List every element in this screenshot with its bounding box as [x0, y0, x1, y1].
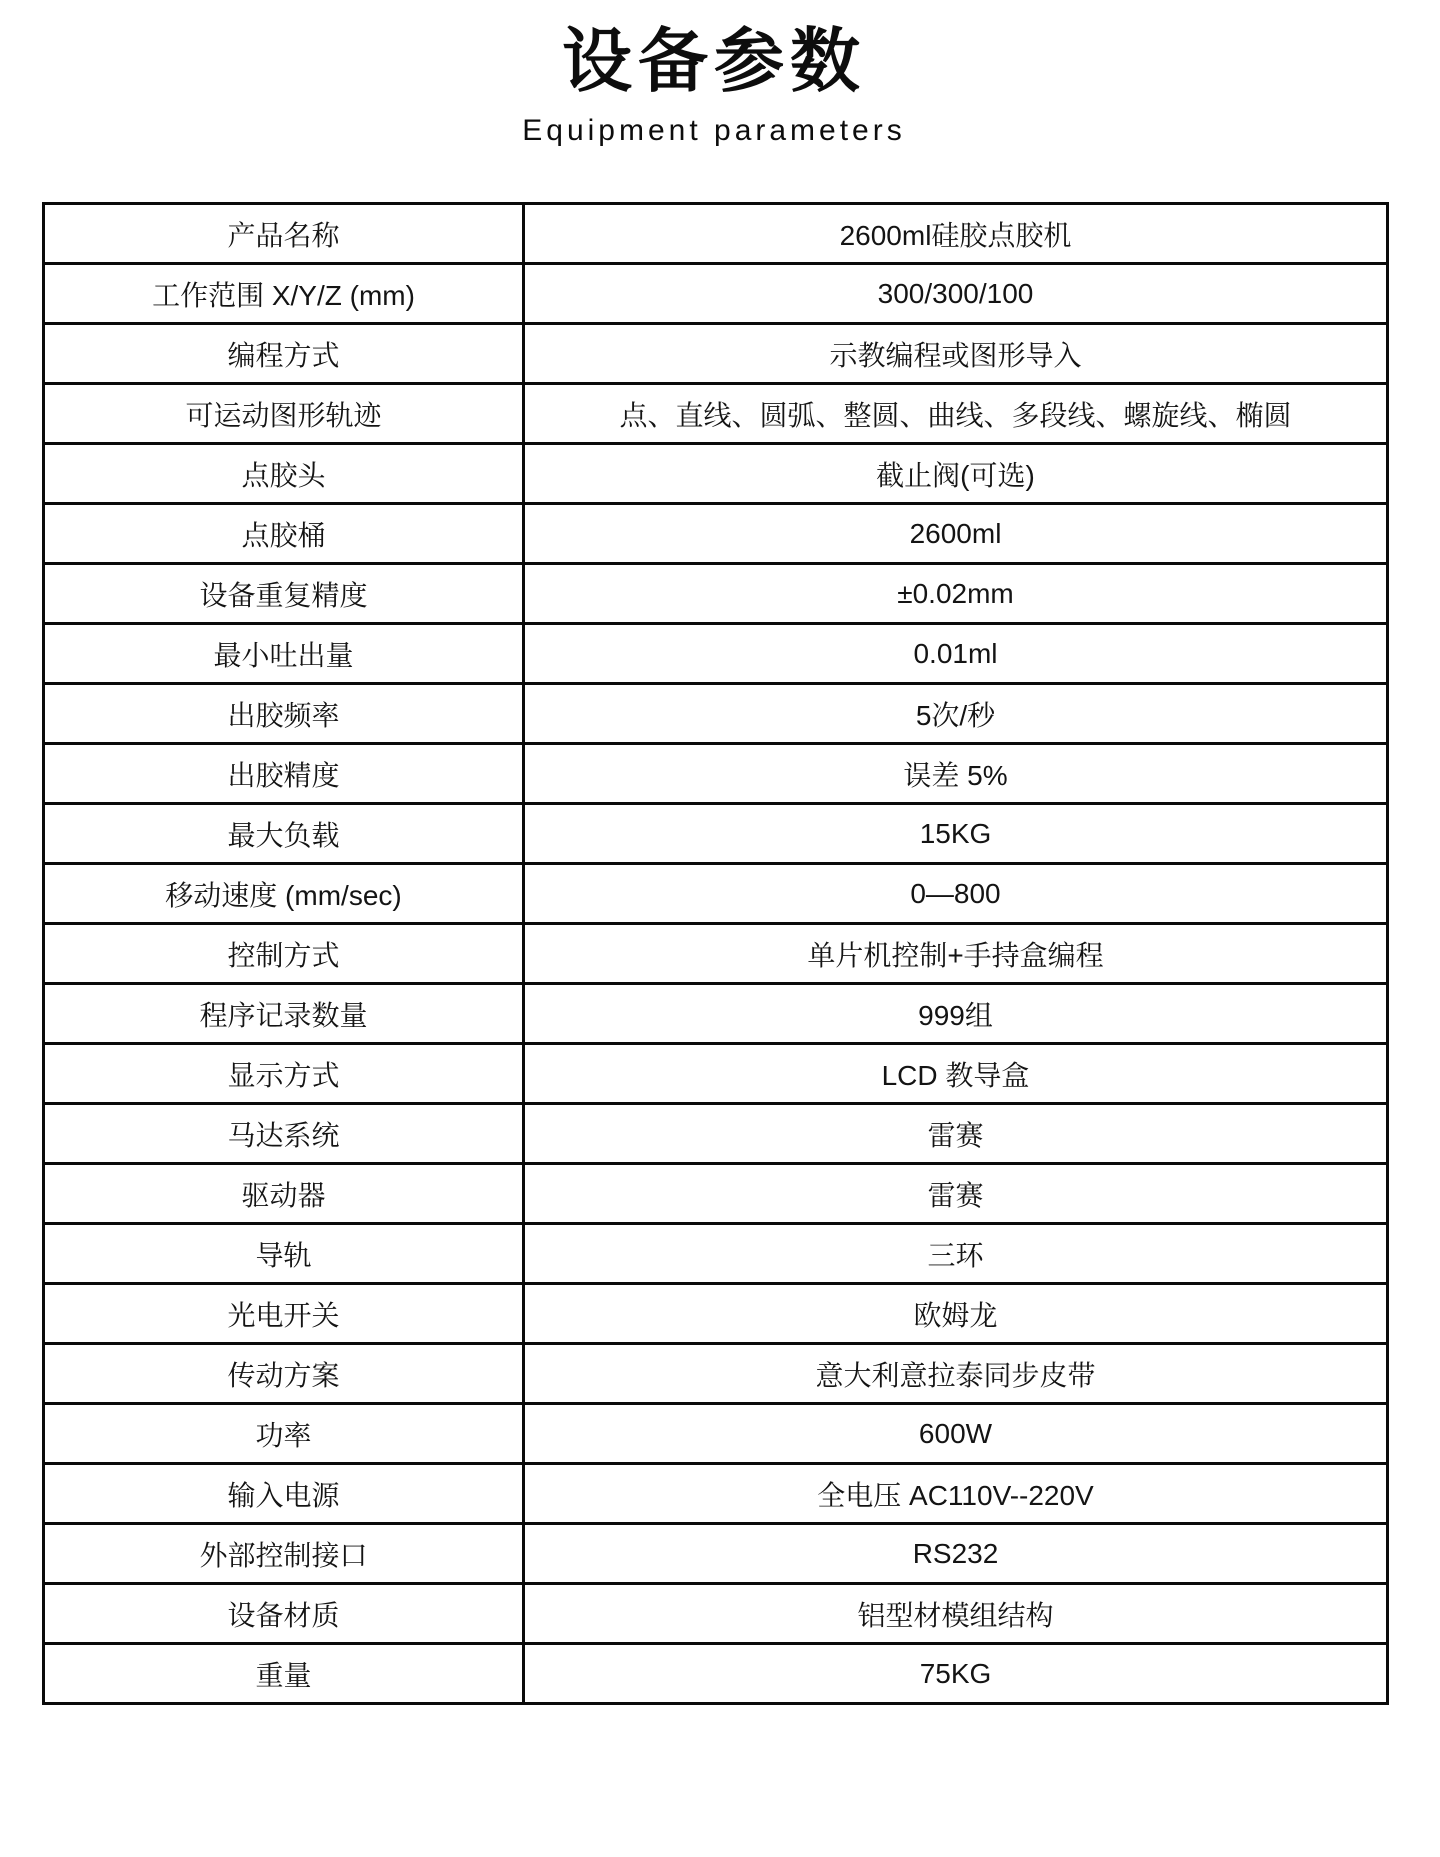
param-name-cell: 显示方式: [44, 1044, 524, 1104]
table-row: 产品名称2600ml硅胶点胶机: [44, 204, 1388, 264]
table-row: 出胶频率5次/秒: [44, 684, 1388, 744]
param-value-cell: 雷赛: [524, 1104, 1388, 1164]
param-value-cell: 600W: [524, 1404, 1388, 1464]
table-row: 程序记录数量999组: [44, 984, 1388, 1044]
table-row: 设备材质铝型材模组结构: [44, 1584, 1388, 1644]
param-value-cell: 2600ml硅胶点胶机: [524, 204, 1388, 264]
param-value-cell: 铝型材模组结构: [524, 1584, 1388, 1644]
param-name-cell: 出胶频率: [44, 684, 524, 744]
table-row: 出胶精度误差 5%: [44, 744, 1388, 804]
table-row: 导轨三环: [44, 1224, 1388, 1284]
param-value-cell: 雷赛: [524, 1164, 1388, 1224]
param-name-cell: 导轨: [44, 1224, 524, 1284]
param-value-cell: 意大利意拉泰同步皮带: [524, 1344, 1388, 1404]
param-value-cell: 15KG: [524, 804, 1388, 864]
param-value-cell: RS232: [524, 1524, 1388, 1584]
table-row: 光电开关欧姆龙: [44, 1284, 1388, 1344]
table-row: 点胶桶2600ml: [44, 504, 1388, 564]
table-row: 显示方式LCD 教导盒: [44, 1044, 1388, 1104]
param-name-cell: 控制方式: [44, 924, 524, 984]
param-value-cell: 0.01ml: [524, 624, 1388, 684]
param-name-cell: 出胶精度: [44, 744, 524, 804]
param-name-cell: 设备材质: [44, 1584, 524, 1644]
param-value-cell: 点、直线、圆弧、整圆、曲线、多段线、螺旋线、椭圆: [524, 384, 1388, 444]
param-name-cell: 马达系统: [44, 1104, 524, 1164]
param-name-cell: 最大负载: [44, 804, 524, 864]
table-row: 编程方式示教编程或图形导入: [44, 324, 1388, 384]
param-name-cell: 工作范围 X/Y/Z (mm): [44, 264, 524, 324]
param-name-cell: 编程方式: [44, 324, 524, 384]
table-row: 可运动图形轨迹点、直线、圆弧、整圆、曲线、多段线、螺旋线、椭圆: [44, 384, 1388, 444]
page-title: 设备参数: [42, 18, 1386, 106]
param-name-cell: 点胶桶: [44, 504, 524, 564]
param-name-cell: 输入电源: [44, 1464, 524, 1524]
param-value-cell: 300/300/100: [524, 264, 1388, 324]
table-row: 工作范围 X/Y/Z (mm)300/300/100: [44, 264, 1388, 324]
param-value-cell: 示教编程或图形导入: [524, 324, 1388, 384]
table-row: 驱动器雷赛: [44, 1164, 1388, 1224]
param-name-cell: 可运动图形轨迹: [44, 384, 524, 444]
param-value-cell: 截止阀(可选): [524, 444, 1388, 504]
table-row: 控制方式单片机控制+手持盒编程: [44, 924, 1388, 984]
param-name-cell: 产品名称: [44, 204, 524, 264]
param-name-cell: 功率: [44, 1404, 524, 1464]
param-value-cell: 全电压 AC110V--220V: [524, 1464, 1388, 1524]
param-name-cell: 重量: [44, 1644, 524, 1704]
param-value-cell: 2600ml: [524, 504, 1388, 564]
param-value-cell: 三环: [524, 1224, 1388, 1284]
param-name-cell: 光电开关: [44, 1284, 524, 1344]
table-row: 传动方案意大利意拉泰同步皮带: [44, 1344, 1388, 1404]
page-subtitle: Equipment parameters: [42, 112, 1386, 150]
table-row: 设备重复精度±0.02mm: [44, 564, 1388, 624]
spec-sheet-page: 设备参数 Equipment parameters 产品名称2600ml硅胶点胶…: [0, 0, 1440, 1705]
param-value-cell: 欧姆龙: [524, 1284, 1388, 1344]
equipment-parameters-table-body: 产品名称2600ml硅胶点胶机工作范围 X/Y/Z (mm)300/300/10…: [44, 204, 1388, 1704]
param-value-cell: 0—800: [524, 864, 1388, 924]
table-row: 输入电源全电压 AC110V--220V: [44, 1464, 1388, 1524]
table-row: 最小吐出量0.01ml: [44, 624, 1388, 684]
equipment-parameters-table: 产品名称2600ml硅胶点胶机工作范围 X/Y/Z (mm)300/300/10…: [42, 202, 1389, 1705]
table-row: 最大负载15KG: [44, 804, 1388, 864]
param-name-cell: 驱动器: [44, 1164, 524, 1224]
table-row: 点胶头截止阀(可选): [44, 444, 1388, 504]
param-value-cell: 单片机控制+手持盒编程: [524, 924, 1388, 984]
table-row: 移动速度 (mm/sec)0—800: [44, 864, 1388, 924]
param-name-cell: 传动方案: [44, 1344, 524, 1404]
param-name-cell: 移动速度 (mm/sec): [44, 864, 524, 924]
param-value-cell: 999组: [524, 984, 1388, 1044]
param-name-cell: 最小吐出量: [44, 624, 524, 684]
table-row: 功率600W: [44, 1404, 1388, 1464]
param-value-cell: ±0.02mm: [524, 564, 1388, 624]
param-name-cell: 程序记录数量: [44, 984, 524, 1044]
table-row: 外部控制接口RS232: [44, 1524, 1388, 1584]
param-value-cell: 75KG: [524, 1644, 1388, 1704]
param-name-cell: 点胶头: [44, 444, 524, 504]
table-row: 马达系统雷赛: [44, 1104, 1388, 1164]
param-name-cell: 外部控制接口: [44, 1524, 524, 1584]
param-value-cell: LCD 教导盒: [524, 1044, 1388, 1104]
param-value-cell: 5次/秒: [524, 684, 1388, 744]
table-row: 重量75KG: [44, 1644, 1388, 1704]
param-value-cell: 误差 5%: [524, 744, 1388, 804]
param-name-cell: 设备重复精度: [44, 564, 524, 624]
